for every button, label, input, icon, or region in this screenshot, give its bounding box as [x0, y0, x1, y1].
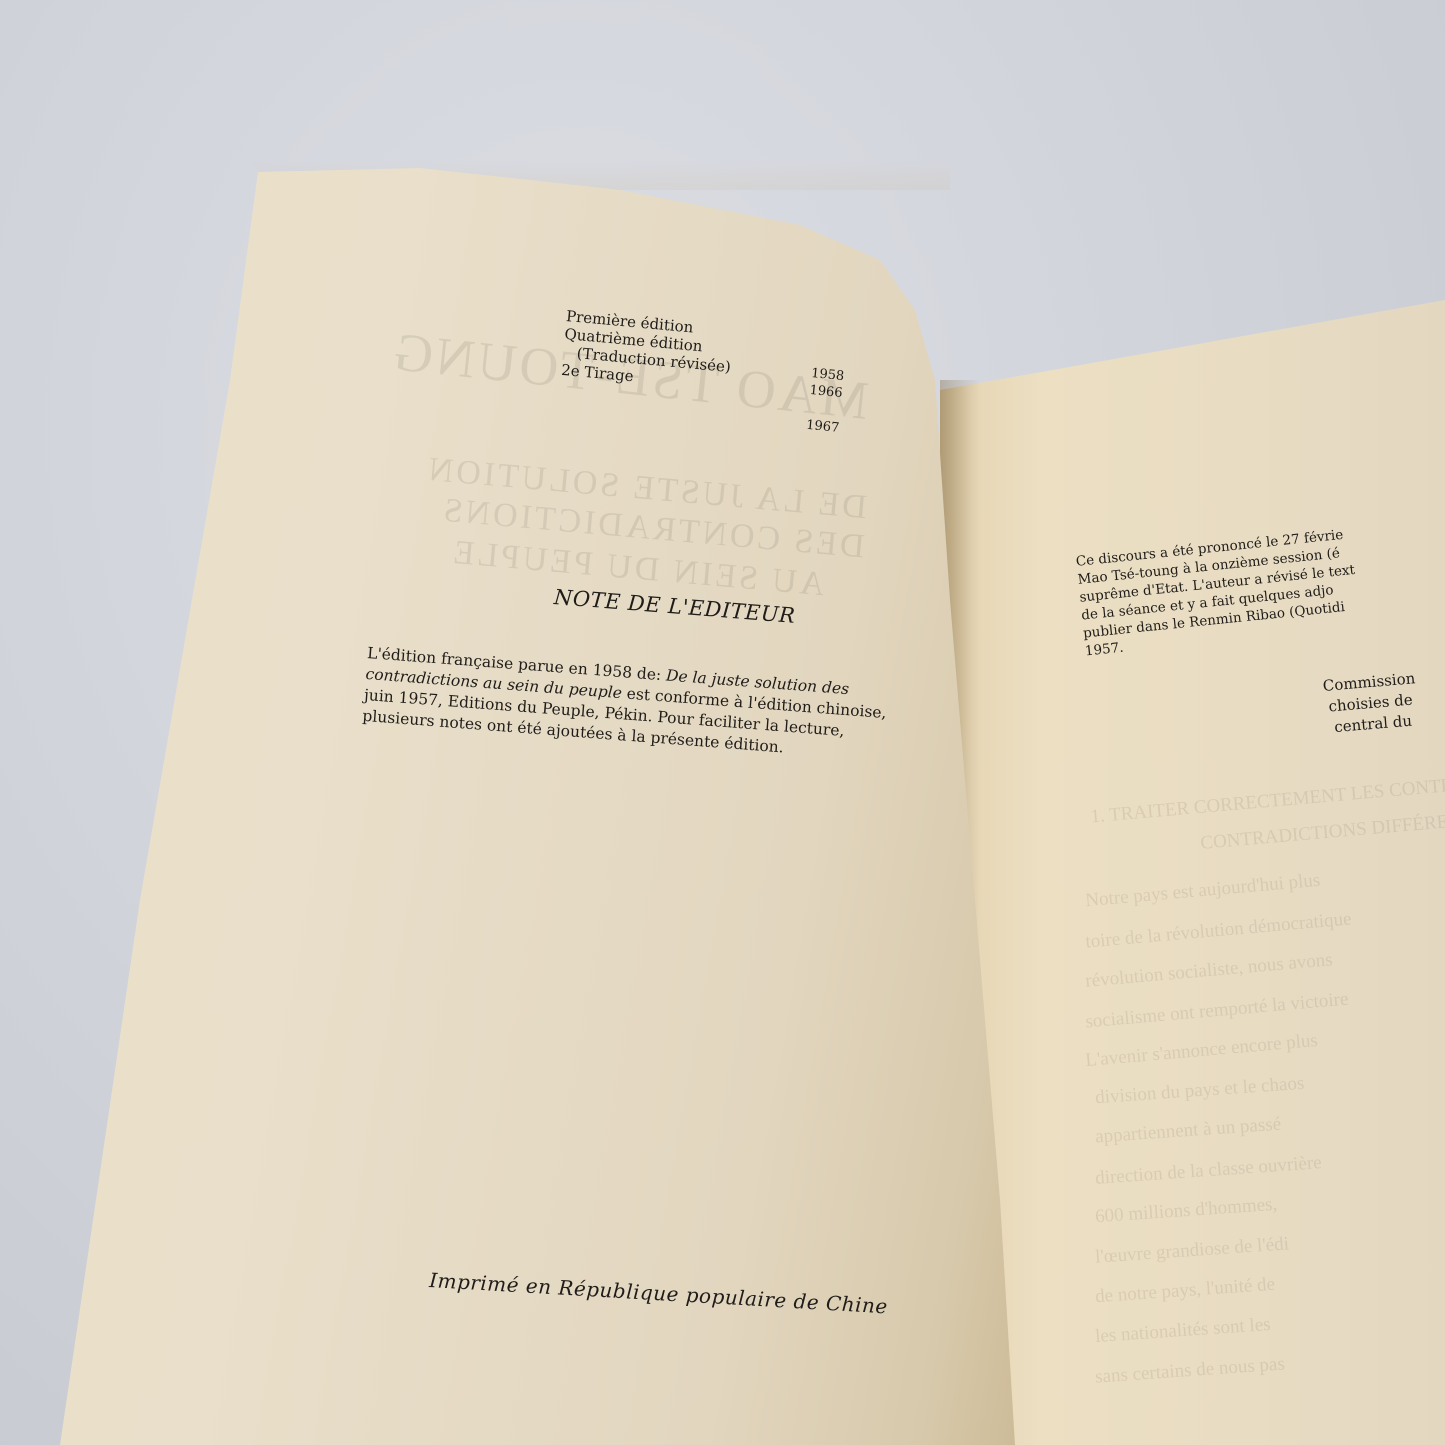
right-page-signature: Commission choisies de central du	[1322, 668, 1420, 739]
edition-years: 1958 1966 1967	[805, 365, 845, 437]
edition-history: Première édition Quatrième édition (Trad…	[560, 307, 734, 394]
edition-year: 1967	[805, 417, 840, 437]
edition-year: 1966	[809, 382, 844, 402]
